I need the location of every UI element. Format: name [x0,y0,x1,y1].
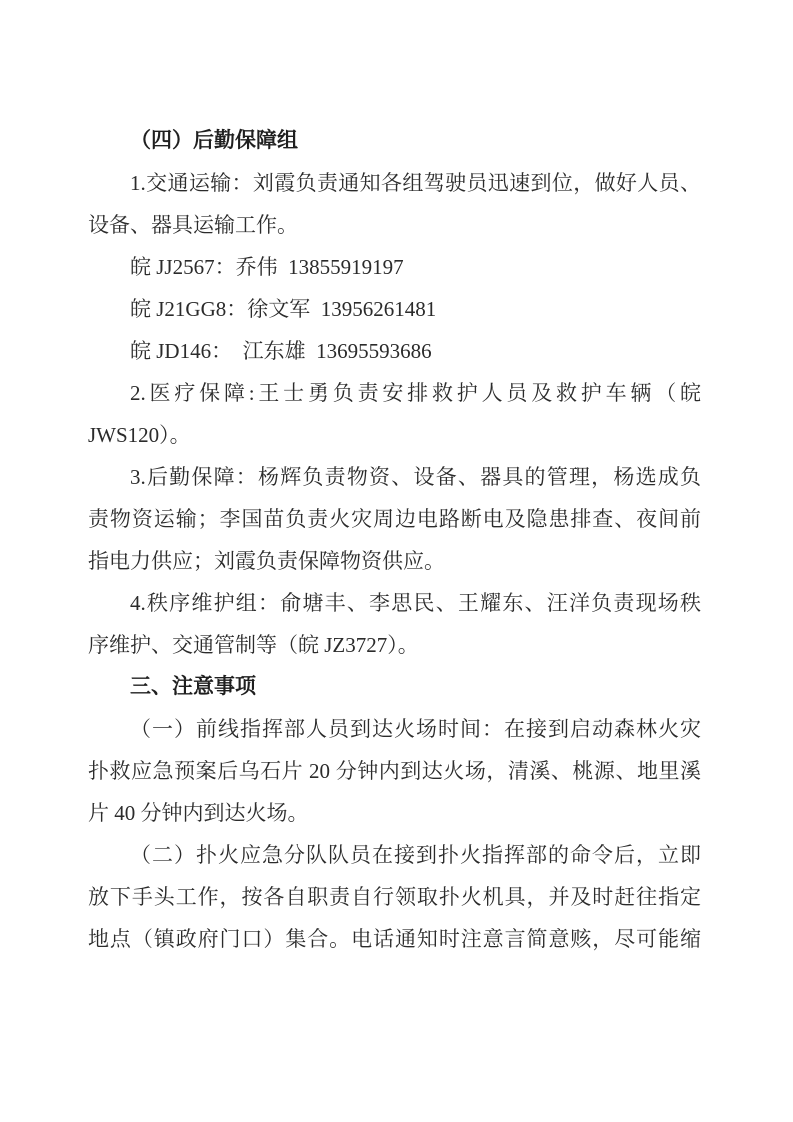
line-vehicle-contact-2: 皖 J21GG8：徐文军 13956261481 [88,288,701,330]
line-note1-2: 扑救应急预案后乌石片 20 分钟内到达火场，清溪、桃源、地里溪 [88,750,701,792]
line-transport-1: 1.交通运输：刘霞负责通知各组驾驶员迅速到位，做好人员、 [88,162,701,204]
document-page: （四）后勤保障组 1.交通运输：刘霞负责通知各组驾驶员迅速到位，做好人员、 设备… [0,0,793,1122]
line-order-maintenance-2: 序维护、交通管制等（皖 JZ3727）。 [88,624,701,666]
line-note2-3: 地点（镇政府门口）集合。电话通知时注意言简意赅，尽可能缩 [88,918,701,960]
line-vehicle-contact-1: 皖 JJ2567：乔伟 13855919197 [88,246,701,288]
line-logistics-2: 责物资运输；李国苗负责火灾周边电路断电及隐患排查、夜间前 [88,498,701,540]
heading-notes: 三、注意事项 [88,666,701,708]
line-medical-2: JWS120）。 [88,414,701,456]
line-note2-2: 放下手头工作，按各自职责自行领取扑火机具，并及时赶往指定 [88,876,701,918]
line-transport-2: 设备、器具运输工作。 [88,204,701,246]
line-vehicle-contact-3: 皖 JD146： 江东雄 13695593686 [88,330,701,372]
line-logistics-3: 指电力供应；刘霞负责保障物资供应。 [88,540,701,582]
line-note1-1: （一）前线指挥部人员到达火场时间：在接到启动森林火灾 [88,708,701,750]
line-note2-1: （二）扑火应急分队队员在接到扑火指挥部的命令后，立即 [88,834,701,876]
heading-logistics-support-group: （四）后勤保障组 [88,120,701,162]
line-logistics-1: 3.后勤保障：杨辉负责物资、设备、器具的管理，杨选成负 [88,456,701,498]
line-note1-3: 片 40 分钟内到达火场。 [88,792,701,834]
line-order-maintenance-1: 4.秩序维护组：俞塘丰、李思民、王耀东、汪洋负责现场秩 [88,582,701,624]
line-medical-1: 2.医疗保障:王士勇负责安排救护人员及救护车辆（皖 [88,372,701,414]
